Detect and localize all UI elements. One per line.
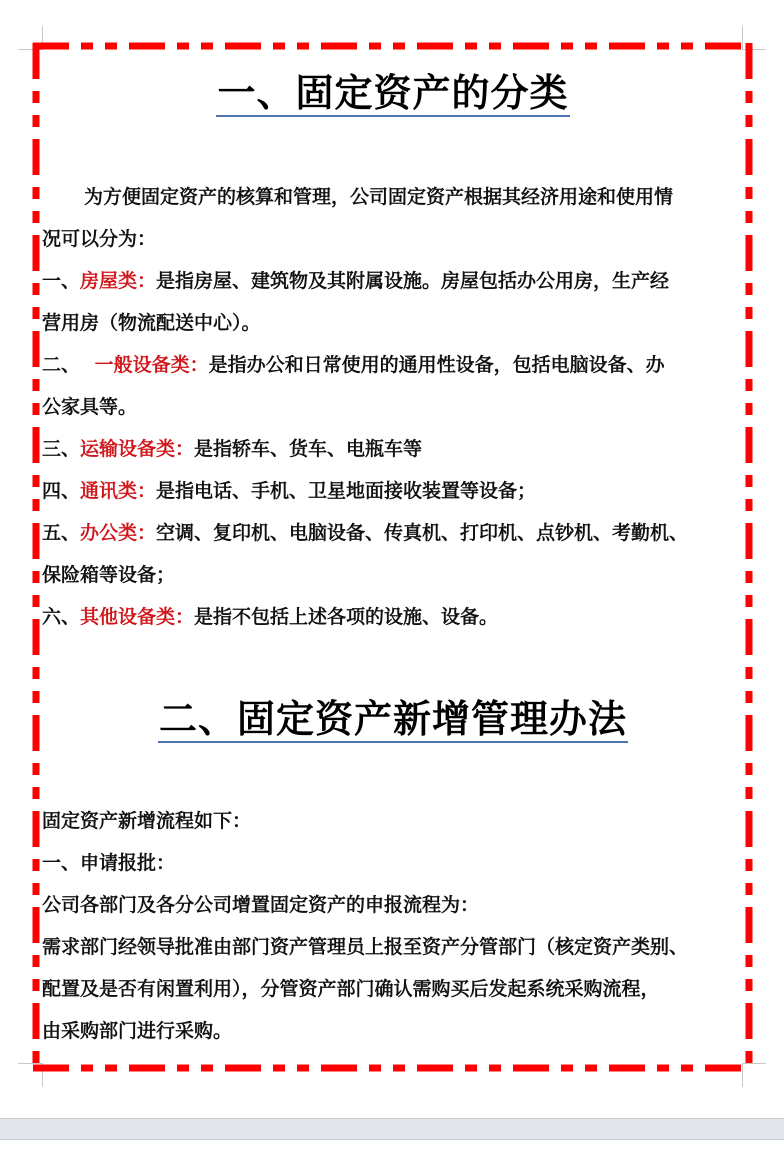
process-step-heading: 一、申请报批： <box>42 842 744 884</box>
category-text: 是指轿车、货车、电瓶车等 <box>194 438 422 460</box>
item-prefix: 六、 <box>42 606 80 628</box>
category-item-housing: 一、房屋类：是指房屋、建筑物及其附属设施。房屋包括办公用房，生产经 <box>42 260 744 302</box>
crop-mark <box>18 49 42 50</box>
crop-mark <box>18 1063 42 1064</box>
category-text: 是指不包括上述各项的设施、设备。 <box>194 606 498 628</box>
section1-heading: 一、固定资产的分类 <box>42 68 744 118</box>
item-prefix: 二、 <box>42 354 87 376</box>
category-item-communication: 四、通讯类：是指电话、手机、卫星地面接收装置等设备； <box>42 470 744 512</box>
section1-title: 一、固定资产的分类 <box>216 71 569 117</box>
category-item-housing-cont: 营用房（物流配送中心）。 <box>42 302 744 344</box>
process-line: 配置及是否有闲置利用），分管资产部门确认需购买后发起系统采购流程， <box>42 968 744 1010</box>
category-text: 是指房屋、建筑物及其附属设施。房屋包括办公用房，生产经 <box>156 270 669 292</box>
section2-title: 二、固定资产新增管理办法 <box>158 697 628 743</box>
category-label: 运输设备类： <box>80 438 194 460</box>
process-line: 公司各部门及各分公司增置固定资产的申报流程为： <box>42 884 744 926</box>
category-item-office-cont: 保险箱等设备； <box>42 554 744 596</box>
category-item-general-equipment-cont: 公家具等。 <box>42 386 744 428</box>
category-label: 房屋类： <box>80 270 156 292</box>
intro-paragraph-line2: 况可以分为： <box>42 218 744 260</box>
category-text: 是指电话、手机、卫星地面接收装置等设备； <box>156 480 536 502</box>
crop-mark <box>742 1063 766 1064</box>
category-item-other: 六、其他设备类：是指不包括上述各项的设施、设备。 <box>42 596 744 638</box>
category-item-general-equipment: 二、 一般设备类：是指办公和日常使用的通用性设备，包括电脑设备、办 <box>42 344 744 386</box>
category-text: 是指办公和日常使用的通用性设备，包括电脑设备、办 <box>209 354 665 376</box>
crop-mark <box>742 1063 743 1087</box>
crop-mark <box>742 26 743 50</box>
document-page: 一、固定资产的分类 为方便固定资产的核算和管理，公司固定资产根据其经济用途和使用… <box>0 0 784 1118</box>
category-item-office: 五、办公类：空调、复印机、电脑设备、传真机、打印机、点钞机、考勤机、 <box>42 512 744 554</box>
item-prefix: 一、 <box>42 270 80 292</box>
category-text: 空调、复印机、电脑设备、传真机、打印机、点钞机、考勤机、 <box>156 522 688 544</box>
intro-paragraph-line1: 为方便固定资产的核算和管理，公司固定资产根据其经济用途和使用情 <box>42 176 744 218</box>
section2-heading: 二、固定资产新增管理办法 <box>42 694 744 744</box>
status-bar <box>0 1118 784 1140</box>
crop-mark <box>742 49 766 50</box>
category-label: 办公类： <box>80 522 156 544</box>
item-prefix: 三、 <box>42 438 80 460</box>
crop-mark <box>42 26 43 50</box>
process-intro: 固定资产新增流程如下： <box>42 800 744 842</box>
crop-mark <box>42 1063 43 1087</box>
category-label: 其他设备类： <box>80 606 194 628</box>
category-label: 通讯类： <box>80 480 156 502</box>
category-item-transport: 三、运输设备类：是指轿车、货车、电瓶车等 <box>42 428 744 470</box>
category-label: 一般设备类： <box>95 354 209 376</box>
document-content: 一、固定资产的分类 为方便固定资产的核算和管理，公司固定资产根据其经济用途和使用… <box>42 60 744 1052</box>
process-line: 需求部门经领导批准由部门资产管理员上报至资产分管部门（核定资产类别、 <box>42 926 744 968</box>
item-prefix: 四、 <box>42 480 80 502</box>
process-line: 由采购部门进行采购。 <box>42 1010 744 1052</box>
item-prefix: 五、 <box>42 522 80 544</box>
